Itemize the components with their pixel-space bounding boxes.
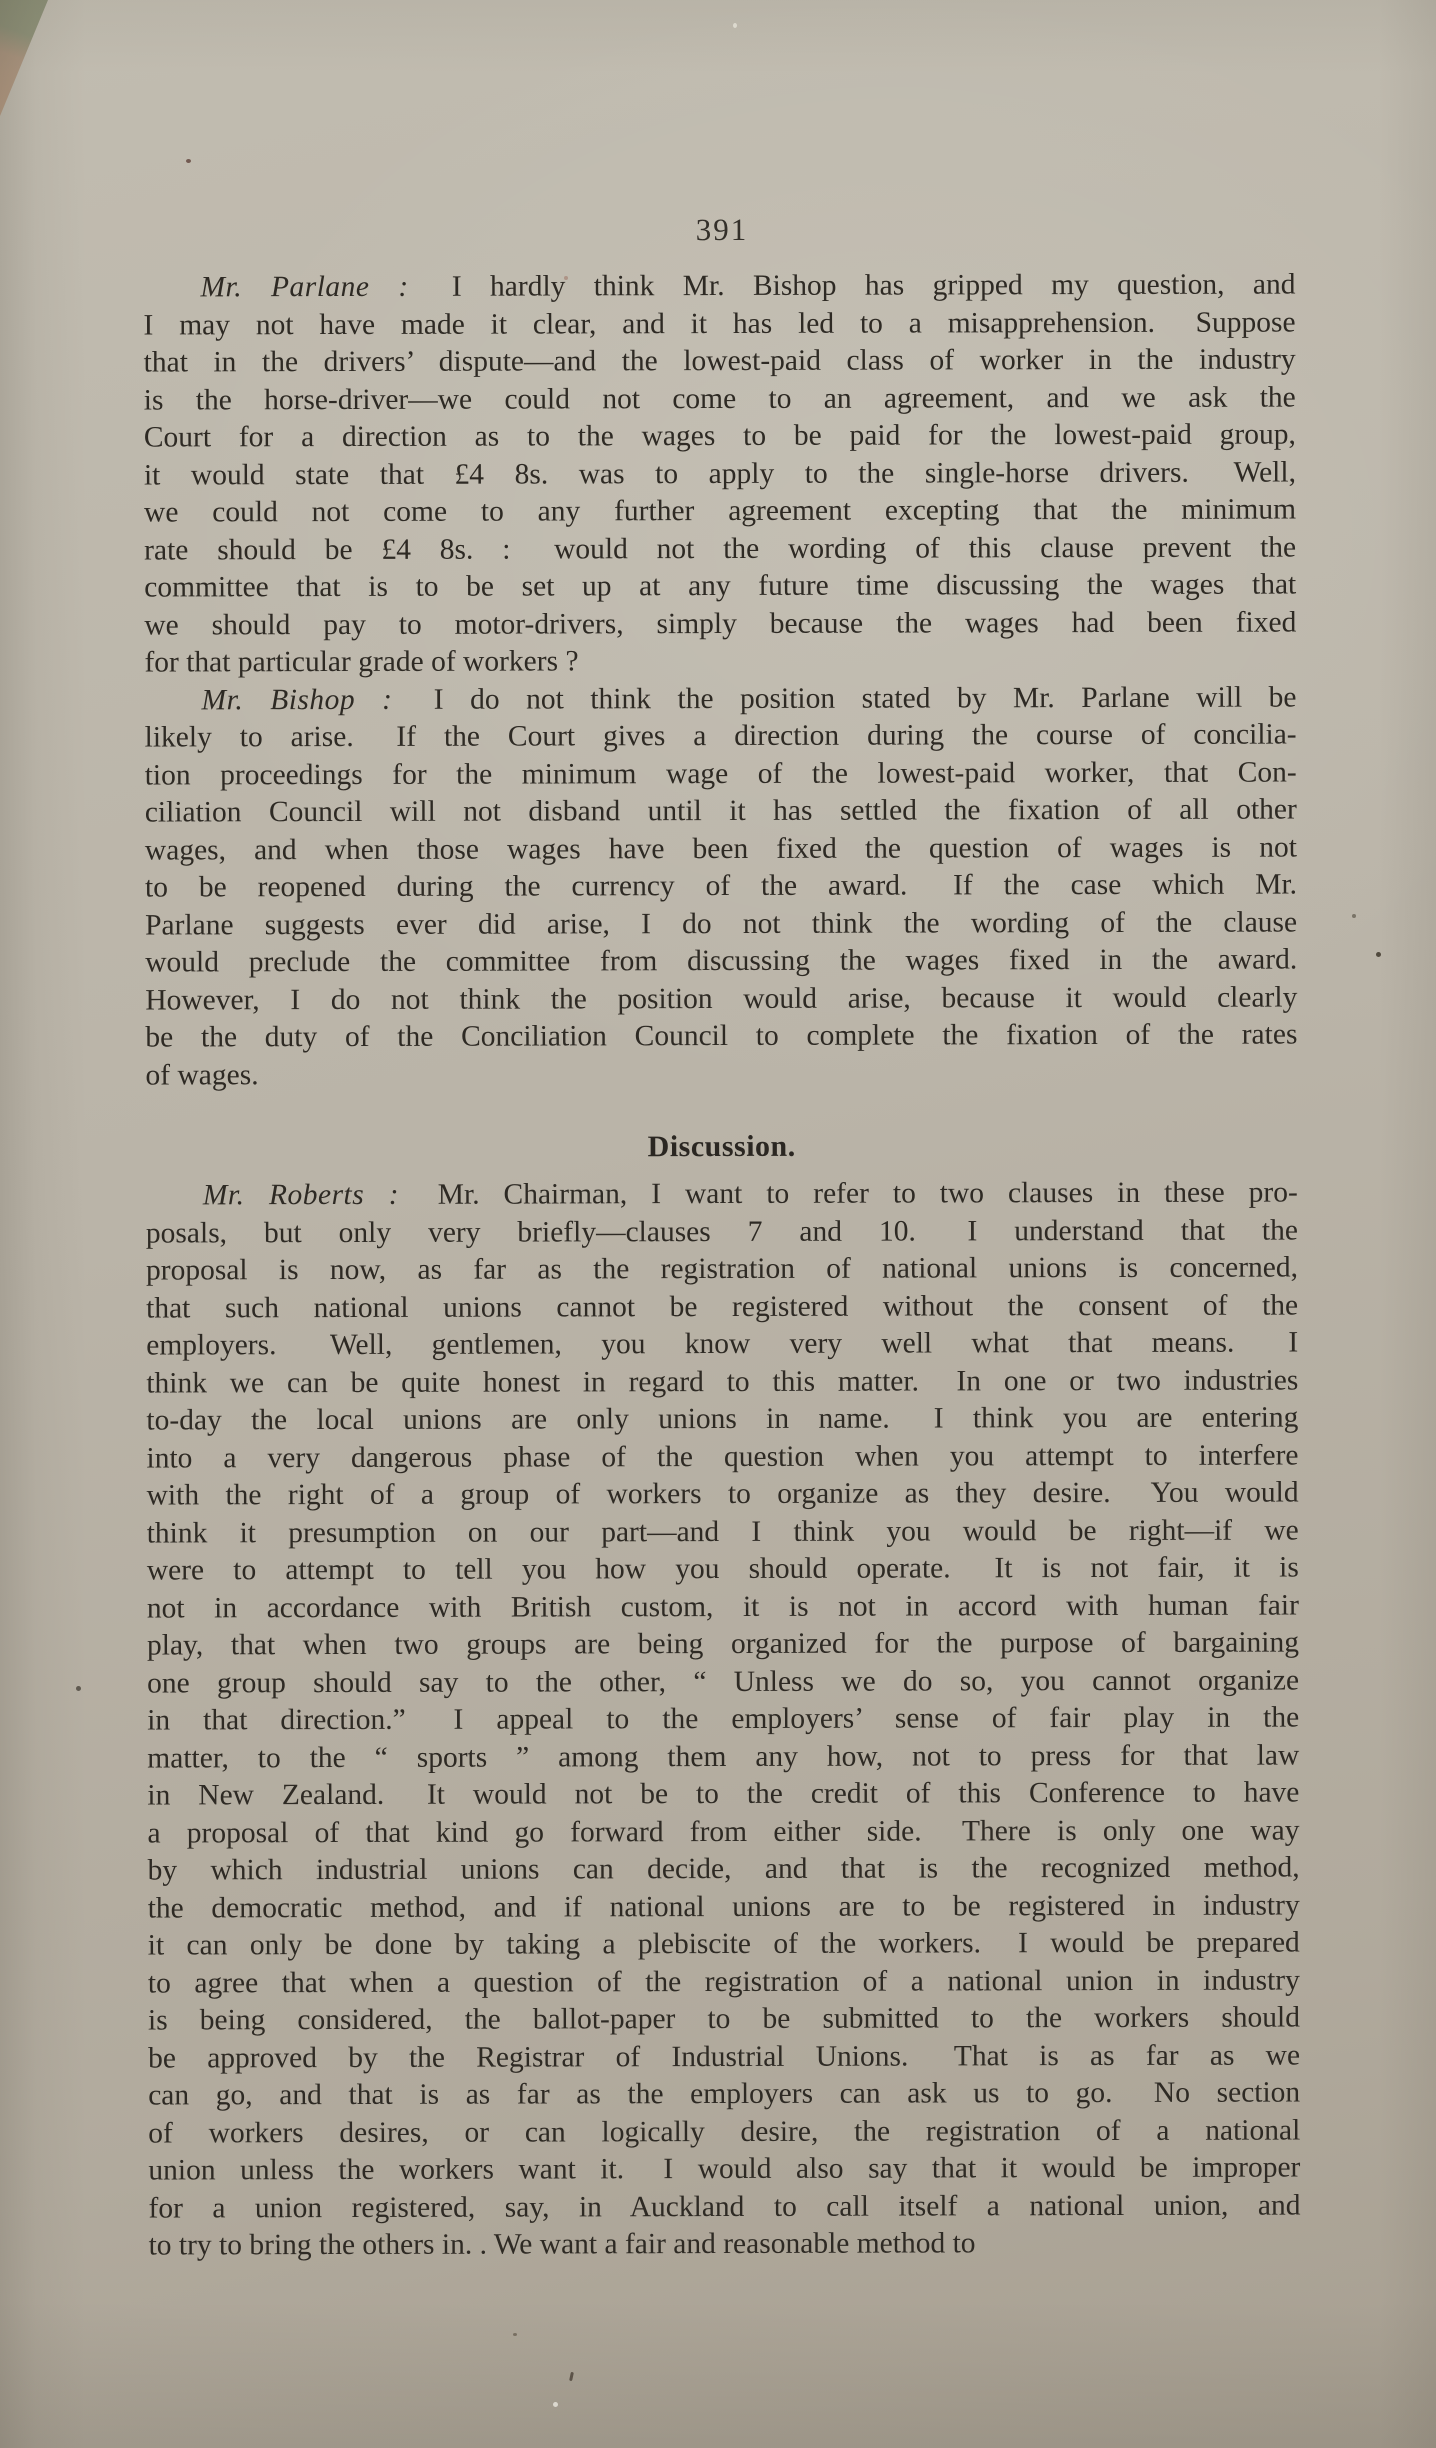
text-line: be the duty of the Conciliation Council … [145, 1016, 1297, 1057]
text-line: that such national unions cannot be regi… [146, 1287, 1298, 1328]
text-line: rate should be £4 8s. : would not the wo… [144, 529, 1296, 570]
text-line: to-day the local unions are only unions … [146, 1399, 1298, 1440]
text-line: Court for a direction as to the wages to… [144, 416, 1296, 457]
text-line: were to attempt to tell you how you shou… [147, 1549, 1299, 1590]
text-line: not in accordance with British custom, i… [147, 1587, 1299, 1628]
text-line: for that particular grade of workers ? [144, 641, 1296, 682]
text-line: we should pay to motor-drivers, simply b… [144, 604, 1296, 645]
ink-speck [1352, 914, 1356, 918]
ink-speck [76, 1686, 81, 1691]
text-line: to agree that when a question of the reg… [148, 1962, 1300, 2003]
text-line: committee that is to be set up at any fu… [144, 566, 1296, 607]
text-line: can go, and that is as far as the employ… [148, 2074, 1300, 2115]
ink-speck [569, 2372, 574, 2381]
text-line: posals, but only very briefly—clauses 7 … [146, 1212, 1298, 1253]
text-line: by which industrial unions can decide, a… [148, 1849, 1300, 1890]
text-line: I may not have made it clear, and it has… [143, 304, 1295, 345]
text-line: proposal is now, as far as the registrat… [146, 1249, 1298, 1290]
text-line: tion proceedings for the minimum wage of… [145, 754, 1297, 795]
paper-speck [733, 23, 737, 28]
text-line: one group should say to the other, “ Unl… [147, 1662, 1299, 1703]
text-line: union unless the workers want it. I woul… [148, 2149, 1300, 2190]
speaker-name: Mr. Roberts : [203, 1179, 399, 1212]
text-line: Mr. Roberts : Mr. Chairman, I want to re… [146, 1174, 1298, 1215]
paragraph-roberts: Mr. Roberts : Mr. Chairman, I want to re… [146, 1174, 1301, 2265]
text-line: that in the drivers’ dispute—and the low… [144, 341, 1296, 382]
speaker-name: Mr. Parlane : [200, 271, 408, 304]
text-line: Parlane suggests ever did arise, I do no… [145, 904, 1297, 945]
page-text-column: Mr. Parlane : I hardly think Mr. Bishop … [143, 266, 1300, 2265]
text-line: would preclude the committee from discus… [145, 941, 1297, 982]
page-corner-fold [0, 0, 50, 116]
text-line: likely to arise. If the Court gives a di… [145, 716, 1297, 757]
text-line: a proposal of that kind go forward from … [147, 1812, 1299, 1853]
text-line: the democratic method, and if national u… [148, 1887, 1300, 1928]
text-line: wages, and when those wages have been fi… [145, 829, 1297, 870]
text-line: employers. Well, gentlemen, you know ver… [146, 1324, 1298, 1365]
text-line: However, I do not think the position wou… [145, 979, 1297, 1020]
text-line: is being considered, the ballot-paper to… [148, 1999, 1300, 2040]
text-line: with the right of a group of workers to … [147, 1474, 1299, 1515]
text-line: of wages. [145, 1054, 1297, 1095]
text-line: we could not come to any further agreeme… [144, 491, 1296, 532]
text-line: into a very dangerous phase of the quest… [146, 1437, 1298, 1478]
text-line: Mr. Bishop : I do not think the position… [144, 679, 1296, 720]
text-line: think it presumption on our part—and I t… [147, 1512, 1299, 1553]
ink-speck [186, 159, 191, 163]
text-line: play, that when two groups are being org… [147, 1624, 1299, 1665]
text-line: in that direction.” I appeal to the empl… [147, 1699, 1299, 1740]
text-line: to be reopened during the currency of th… [145, 866, 1297, 907]
text-line: think we can be quite honest in regard t… [146, 1362, 1298, 1403]
text-line: Mr. Parlane : I hardly think Mr. Bishop … [143, 266, 1295, 307]
text-line: it can only be done by taking a plebisci… [148, 1924, 1300, 1965]
speaker-name: Mr. Bishop : [201, 683, 392, 715]
text-line: to try to bring the others in. . We want… [149, 2224, 1301, 2265]
ink-speck [513, 2333, 517, 2336]
page-number: 391 [146, 210, 1298, 249]
text-line: it would state that £4 8s. was to apply … [144, 454, 1296, 495]
paragraph-bishop: Mr. Bishop : I do not think the position… [144, 679, 1297, 1095]
text-line: for a union registered, say, in Auckland… [148, 2187, 1300, 2228]
text-line: is the horse-driver—we could not come to… [144, 379, 1296, 420]
text-line: matter, to the “ sports ” among them any… [147, 1737, 1299, 1778]
text-line: ciliation Council will not disband until… [145, 791, 1297, 832]
section-heading: Discussion. [146, 1124, 1298, 1169]
book-page: 391 Mr. Parlane : I hardly think Mr. Bis… [0, 0, 1436, 2448]
text-line: of workers desires, or can logically des… [148, 2112, 1300, 2153]
paper-speck [553, 2402, 558, 2407]
text-line: in New Zealand. It would not be to the c… [147, 1774, 1299, 1815]
paragraph-parlane: Mr. Parlane : I hardly think Mr. Bishop … [143, 266, 1296, 682]
ink-speck [1376, 952, 1381, 957]
text-line: be approved by the Registrar of Industri… [148, 2037, 1300, 2078]
